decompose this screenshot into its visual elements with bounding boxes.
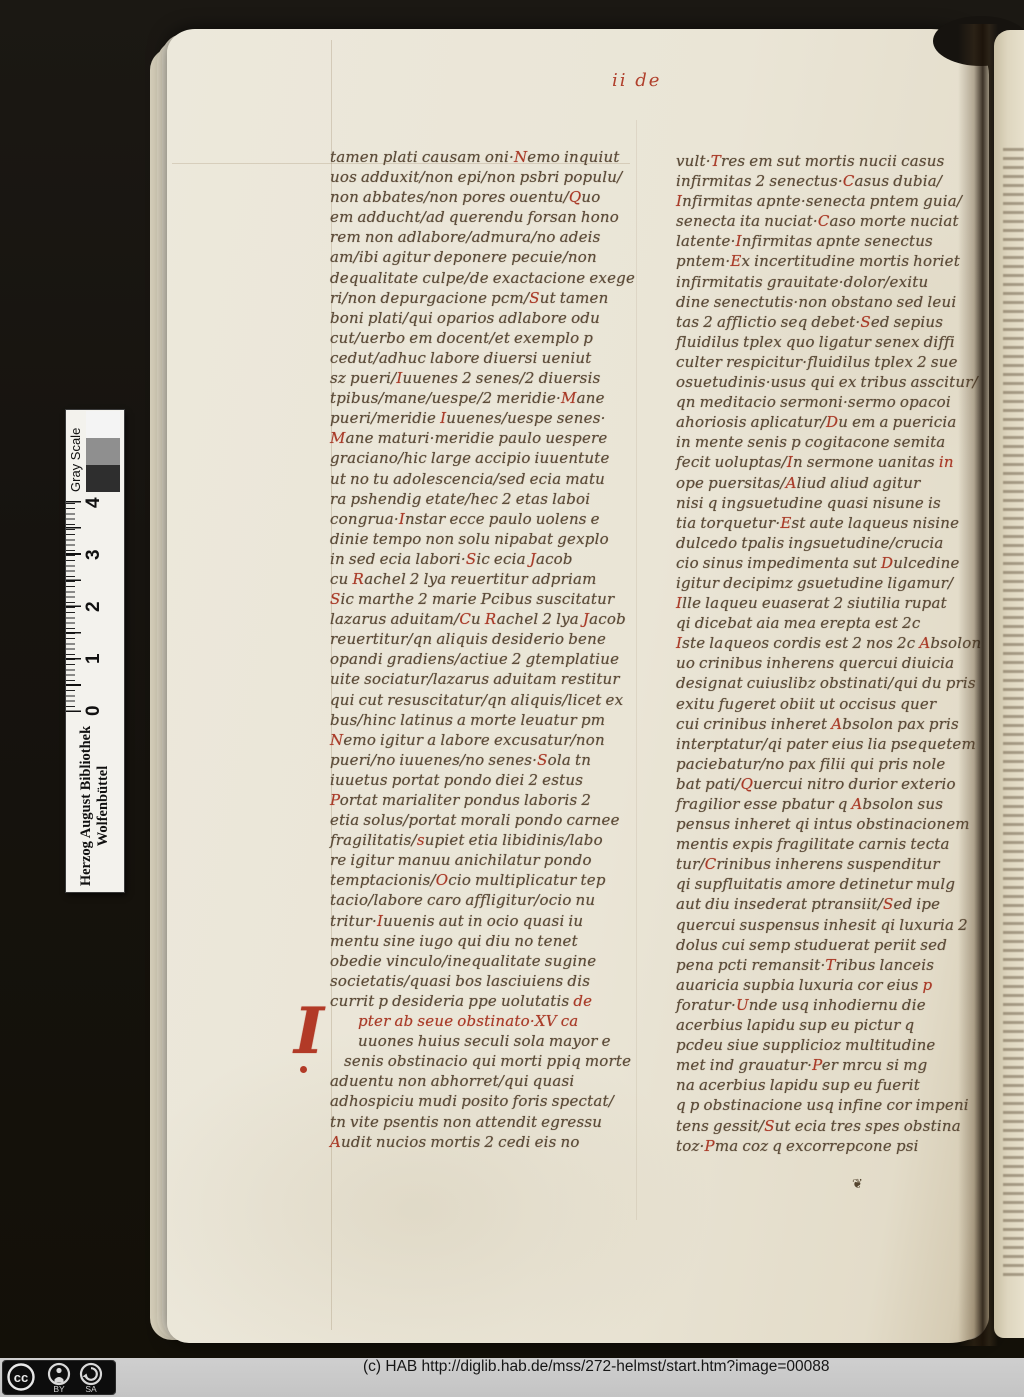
- manuscript-line: etia solus/portat morali pondo carnee: [330, 811, 630, 831]
- manuscript-line: pensus inheret qi intus obstinacionem: [676, 815, 958, 835]
- manuscript-line: adhospiciu mudi posito foris spectat/: [330, 1092, 630, 1112]
- ruler-number: 4: [83, 497, 105, 508]
- manuscript-line: tacio/labore caro affligitur/ocio nu: [330, 891, 630, 911]
- manuscript-line: dolus cui semp studuerat periit sed: [676, 936, 958, 956]
- manuscript-line: osuetudinis·usus qui ex tribus asscitur/: [676, 373, 958, 393]
- manuscript-line: Nemo igitur a labore excusatur/non: [330, 731, 630, 751]
- manuscript-line: opandi gradiens/actiue 2 gtemplatiue: [330, 650, 630, 670]
- manuscript-line: boni plati/qui oparios adlabore odu: [330, 309, 630, 329]
- manuscript-line: auaricia supbia luxuria cor eius p: [676, 976, 958, 996]
- manuscript-line: dinie tempo non solu nipabat gexplo: [330, 530, 630, 550]
- manuscript-line: tamen plati causam oni·Nemo inquiut: [330, 148, 630, 168]
- manuscript-line: congrua·Instar ecce paulo uolens e: [330, 510, 630, 530]
- manuscript-line: in mente senis p cogitacone semita: [676, 433, 958, 453]
- manuscript-line: uo crinibus inherens quercui diuicia: [676, 654, 958, 674]
- manuscript-line: pena pcti remansit·Tribus lanceis: [676, 956, 958, 976]
- manuscript-line: tpibus/mane/uespe/2 meridie·Mane: [330, 389, 630, 409]
- manuscript-line: ri/non depurgacione pcm/Sut tamen: [330, 289, 630, 309]
- ruler-strip-rotated-content: Herzog August Bibliothek Wolfenbüttel 0 …: [66, 410, 124, 892]
- manuscript-line: graciano/hic large accipio iuuentute: [330, 449, 630, 469]
- manuscript-line: Infirmitas apnte·senecta pntem guia/: [676, 192, 958, 212]
- manuscript-line: iuuetus portat pondo diei 2 estus: [330, 771, 630, 791]
- manuscript-line: uos adduxit/non epi/non psbri populu/: [330, 168, 630, 188]
- manuscript-line: cio sinus impedimenta sut Dulcedine: [676, 554, 958, 574]
- gray-swatch-black: [86, 465, 120, 492]
- manuscript-line: fragilior esse pbatur q Absolon sus: [676, 795, 958, 815]
- manuscript-line: rem non adlabore/admura/no adeis: [330, 228, 630, 248]
- scribal-end-mark: ❦: [852, 1176, 863, 1192]
- manuscript-line: senis obstinacio qui morti ppiq morte: [330, 1052, 630, 1072]
- gray-scale-patch: Gray Scale: [66, 410, 124, 494]
- manuscript-line: pcdeu siue supplicioz multitudine: [676, 1036, 958, 1056]
- text-column-right: vult·Tres em sut mortis nucii casusinfir…: [676, 152, 958, 1157]
- manuscript-line: Ille laqueu euaserat 2 siutilia rupat: [676, 594, 958, 614]
- manuscript-line: lazarus aduitam/Cu Rachel 2 lya Jacob: [330, 610, 630, 630]
- manuscript-line: nisi q ingsuetudine quasi nisune is: [676, 494, 958, 514]
- copyright-url-text: (c) HAB http://diglib.hab.de/mss/272-hel…: [363, 1358, 830, 1376]
- manuscript-line: bus/hinc latinus a morte leuatur pm: [330, 711, 630, 731]
- manuscript-line: fragilitatis/supiet etia libidinis/labo: [330, 831, 630, 851]
- rubric-flourish-dot: [300, 1066, 307, 1073]
- book-gutter-shadow: [958, 24, 998, 1346]
- svg-text:cc: cc: [14, 1370, 28, 1385]
- manuscript-line: igitur decipimz gsuetudine ligamur/: [676, 574, 958, 594]
- manuscript-line: cui crinibus inheret Absolon pax pris: [676, 715, 958, 735]
- manuscript-line: designat cuiuslibz obstinati/qui du pris: [676, 674, 958, 694]
- manuscript-line: mentis expis fragilitate carnis tecta: [676, 835, 958, 855]
- manuscript-line: currit p desideria ppe uolutatis de: [330, 992, 630, 1012]
- manuscript-line: Audit nucios mortis 2 cedi eis no: [330, 1133, 630, 1153]
- facing-page-text-blur: [1003, 148, 1024, 1278]
- folio-number: ii de: [612, 70, 661, 91]
- manuscript-line: cut/uerbo em docent/et exemplo p: [330, 329, 630, 349]
- manuscript-line: latente·Infirmitas apnte senectus: [676, 232, 958, 252]
- manuscript-line: obedie vinculo/inequalitate sugine: [330, 952, 630, 972]
- manuscript-line: toz·Pma coz q excorrepcone psi: [676, 1137, 958, 1157]
- library-name-line1: Herzog August Bibliothek: [78, 726, 95, 886]
- manuscript-line: temptacionis/Ocio multiplicatur tep: [330, 871, 630, 891]
- manuscript-line: interptatur/qi pater eius lia psequetem: [676, 735, 958, 755]
- manuscript-line: vult·Tres em sut mortis nucii casus: [676, 152, 958, 172]
- manuscript-line: pntem·Ex incertitudine mortis horiet: [676, 252, 958, 272]
- manuscript-line: q p obstinacione usq infine cor impeni: [676, 1096, 958, 1116]
- manuscript-line: met ind grauatur·Per mrcu si mg: [676, 1056, 958, 1076]
- manuscript-line: uuones huius seculi sola mayor e: [330, 1032, 630, 1052]
- manuscript-line: Portat marialiter pondus laboris 2: [330, 791, 630, 811]
- cc-by-sa-badge: cc BY SA: [2, 1360, 116, 1395]
- manuscript-line: ra pshendig etate/hec 2 etas laboi: [330, 490, 630, 510]
- gray-swatch-mid: [86, 438, 120, 465]
- ruler-number: 3: [83, 549, 105, 560]
- manuscript-line: exitu fugeret obiit ut occisus quer: [676, 695, 958, 715]
- manuscript-line: foratur·Unde usq inhodiernu die: [676, 996, 958, 1016]
- library-color-ruler-strip: Herzog August Bibliothek Wolfenbüttel 0 …: [66, 410, 124, 892]
- ruler-number: 1: [83, 653, 105, 664]
- manuscript-line: societatis/quasi bos lasciuiens dis: [330, 972, 630, 992]
- manuscript-line: bat pati/Quercui nitro durior exterio: [676, 775, 958, 795]
- manuscript-line: senecta ita nuciat·Caso morte nuciat: [676, 212, 958, 232]
- gray-swatch-white: [86, 411, 120, 438]
- centimeter-ruler: 0 1 2 3 4: [66, 494, 124, 720]
- manuscript-line: tur/Crinibus inherens suspenditur: [676, 855, 958, 875]
- manuscript-line: em adducht/ad querendu forsan hono: [330, 208, 630, 228]
- manuscript-line: pueri/no iuuenes/no senes·Sola tn: [330, 751, 630, 771]
- manuscript-line: Sic marthe 2 marie Pcibus suscitatur: [330, 590, 630, 610]
- library-name-label: Herzog August Bibliothek Wolfenbüttel: [66, 720, 124, 892]
- ruler-ticks-large: [66, 499, 81, 712]
- text-column-left: tamen plati causam oni·Nemo inquiutuos a…: [330, 148, 630, 1153]
- manuscript-line: tritur·Iuuenis aut in ocio quasi iu: [330, 912, 630, 932]
- manuscript-line: in sed ecia labori·Sic ecia Jacob: [330, 550, 630, 570]
- cc-by-label: BY: [53, 1384, 65, 1394]
- manuscript-line: cu Rachel 2 lya reuertitur adpriam: [330, 570, 630, 590]
- manuscript-line: infirmitatis grauitate·dolor/exitu: [676, 273, 958, 293]
- cc-sa-label: SA: [85, 1384, 97, 1394]
- manuscript-line: sz pueri/Iuuenes 2 senes/2 diuersis: [330, 369, 630, 389]
- ruling-line-vertical: [636, 120, 637, 1220]
- digitized-manuscript-viewer: ii de tamen plati causam oni·Nemo inquiu…: [0, 0, 1024, 1397]
- copyright-bar: cc BY SA (c) HAB http://diglib.hab.de/ms…: [0, 1358, 1024, 1397]
- library-name-line2: Wolfenbüttel: [95, 766, 112, 847]
- manuscript-line: ut no tu adolescencia/sed ecia matu: [330, 470, 630, 490]
- manuscript-line: ope puersitas/Aliud aliud agitur: [676, 474, 958, 494]
- manuscript-line: uite sociatur/lazarus aduitam restitur: [330, 670, 630, 690]
- manuscript-line: tia torquetur·Est aute laqueus nisine: [676, 514, 958, 534]
- manuscript-line: ahoriosis aplicatur/Du em a puericia: [676, 413, 958, 433]
- manuscript-line: acerbius lapidu sup eu pictur q: [676, 1016, 958, 1036]
- manuscript-line: am/ibi agitur deponere pecuie/non: [330, 248, 630, 268]
- rubricated-initial: I: [294, 1000, 324, 1064]
- manuscript-line: dequalitate culpe/de exactacione exege: [330, 269, 630, 289]
- manuscript-line: paciebatur/no pax filii qui pris nole: [676, 755, 958, 775]
- manuscript-line: culter respicitur·fluidilus tplex 2 sue: [676, 353, 958, 373]
- manuscript-line: quercui suspensus inhesit qi luxuria 2: [676, 916, 958, 936]
- manuscript-line: tas 2 afflictio seq debet·Sed sepius: [676, 313, 958, 333]
- manuscript-line: pueri/meridie Iuuenes/uespe senes·: [330, 409, 630, 429]
- manuscript-line: qn meditacio sermoni·sermo opacoi: [676, 393, 958, 413]
- manuscript-line: dulcedo tpalis ingsuetudine/crucia: [676, 534, 958, 554]
- manuscript-line: re igitur manuu anichilatur pondo: [330, 851, 630, 871]
- manuscript-line: tn vite psentis non attendit egressu: [330, 1113, 630, 1133]
- manuscript-line: non abbates/non pores ouentu/Quo: [330, 188, 630, 208]
- manuscript-line: na acerbius lapidu sup eu fuerit: [676, 1076, 958, 1096]
- manuscript-line: infirmitas 2 senectus·Casus dubia/: [676, 172, 958, 192]
- manuscript-line: reuertitur/qn aliquis desiderio bene: [330, 630, 630, 650]
- manuscript-line: cedut/adhuc labore diuersi ueniut: [330, 349, 630, 369]
- manuscript-line: qui cut resuscitatur/qn aliquis/licet ex: [330, 691, 630, 711]
- facing-page-edge: [994, 30, 1024, 1338]
- manuscript-line: aduentu non abhorret/qui quasi: [330, 1072, 630, 1092]
- manuscript-line: Iste laqueos cordis est 2 nos 2c Absolon: [676, 634, 958, 654]
- manuscript-line: pter ab seue obstinato·XV ca: [330, 1012, 630, 1032]
- manuscript-line: dine senectutis·non obstano sed leui: [676, 293, 958, 313]
- manuscript-line: Mane maturi·meridie paulo uespere: [330, 429, 630, 449]
- manuscript-line: fluidilus tplex quo ligatur senex diffi: [676, 333, 958, 353]
- gray-scale-label: Gray Scale: [68, 410, 83, 492]
- manuscript-line: qi dicebat aia mea erepta est 2c: [676, 614, 958, 634]
- manuscript-line: tens gessit/Sut ecia tres spes obstina: [676, 1117, 958, 1137]
- manuscript-line: qi supfluitatis amore detinetur mulg: [676, 875, 958, 895]
- ruler-number: 0: [83, 705, 105, 716]
- manuscript-line: aut diu insederat ptransiit/Sed ipe: [676, 895, 958, 915]
- manuscript-line: mentu sine iugo qui diu no tenet: [330, 932, 630, 952]
- manuscript-line: fecit uoluptas/In sermone uanitas in: [676, 453, 958, 473]
- ruler-number: 2: [83, 601, 105, 612]
